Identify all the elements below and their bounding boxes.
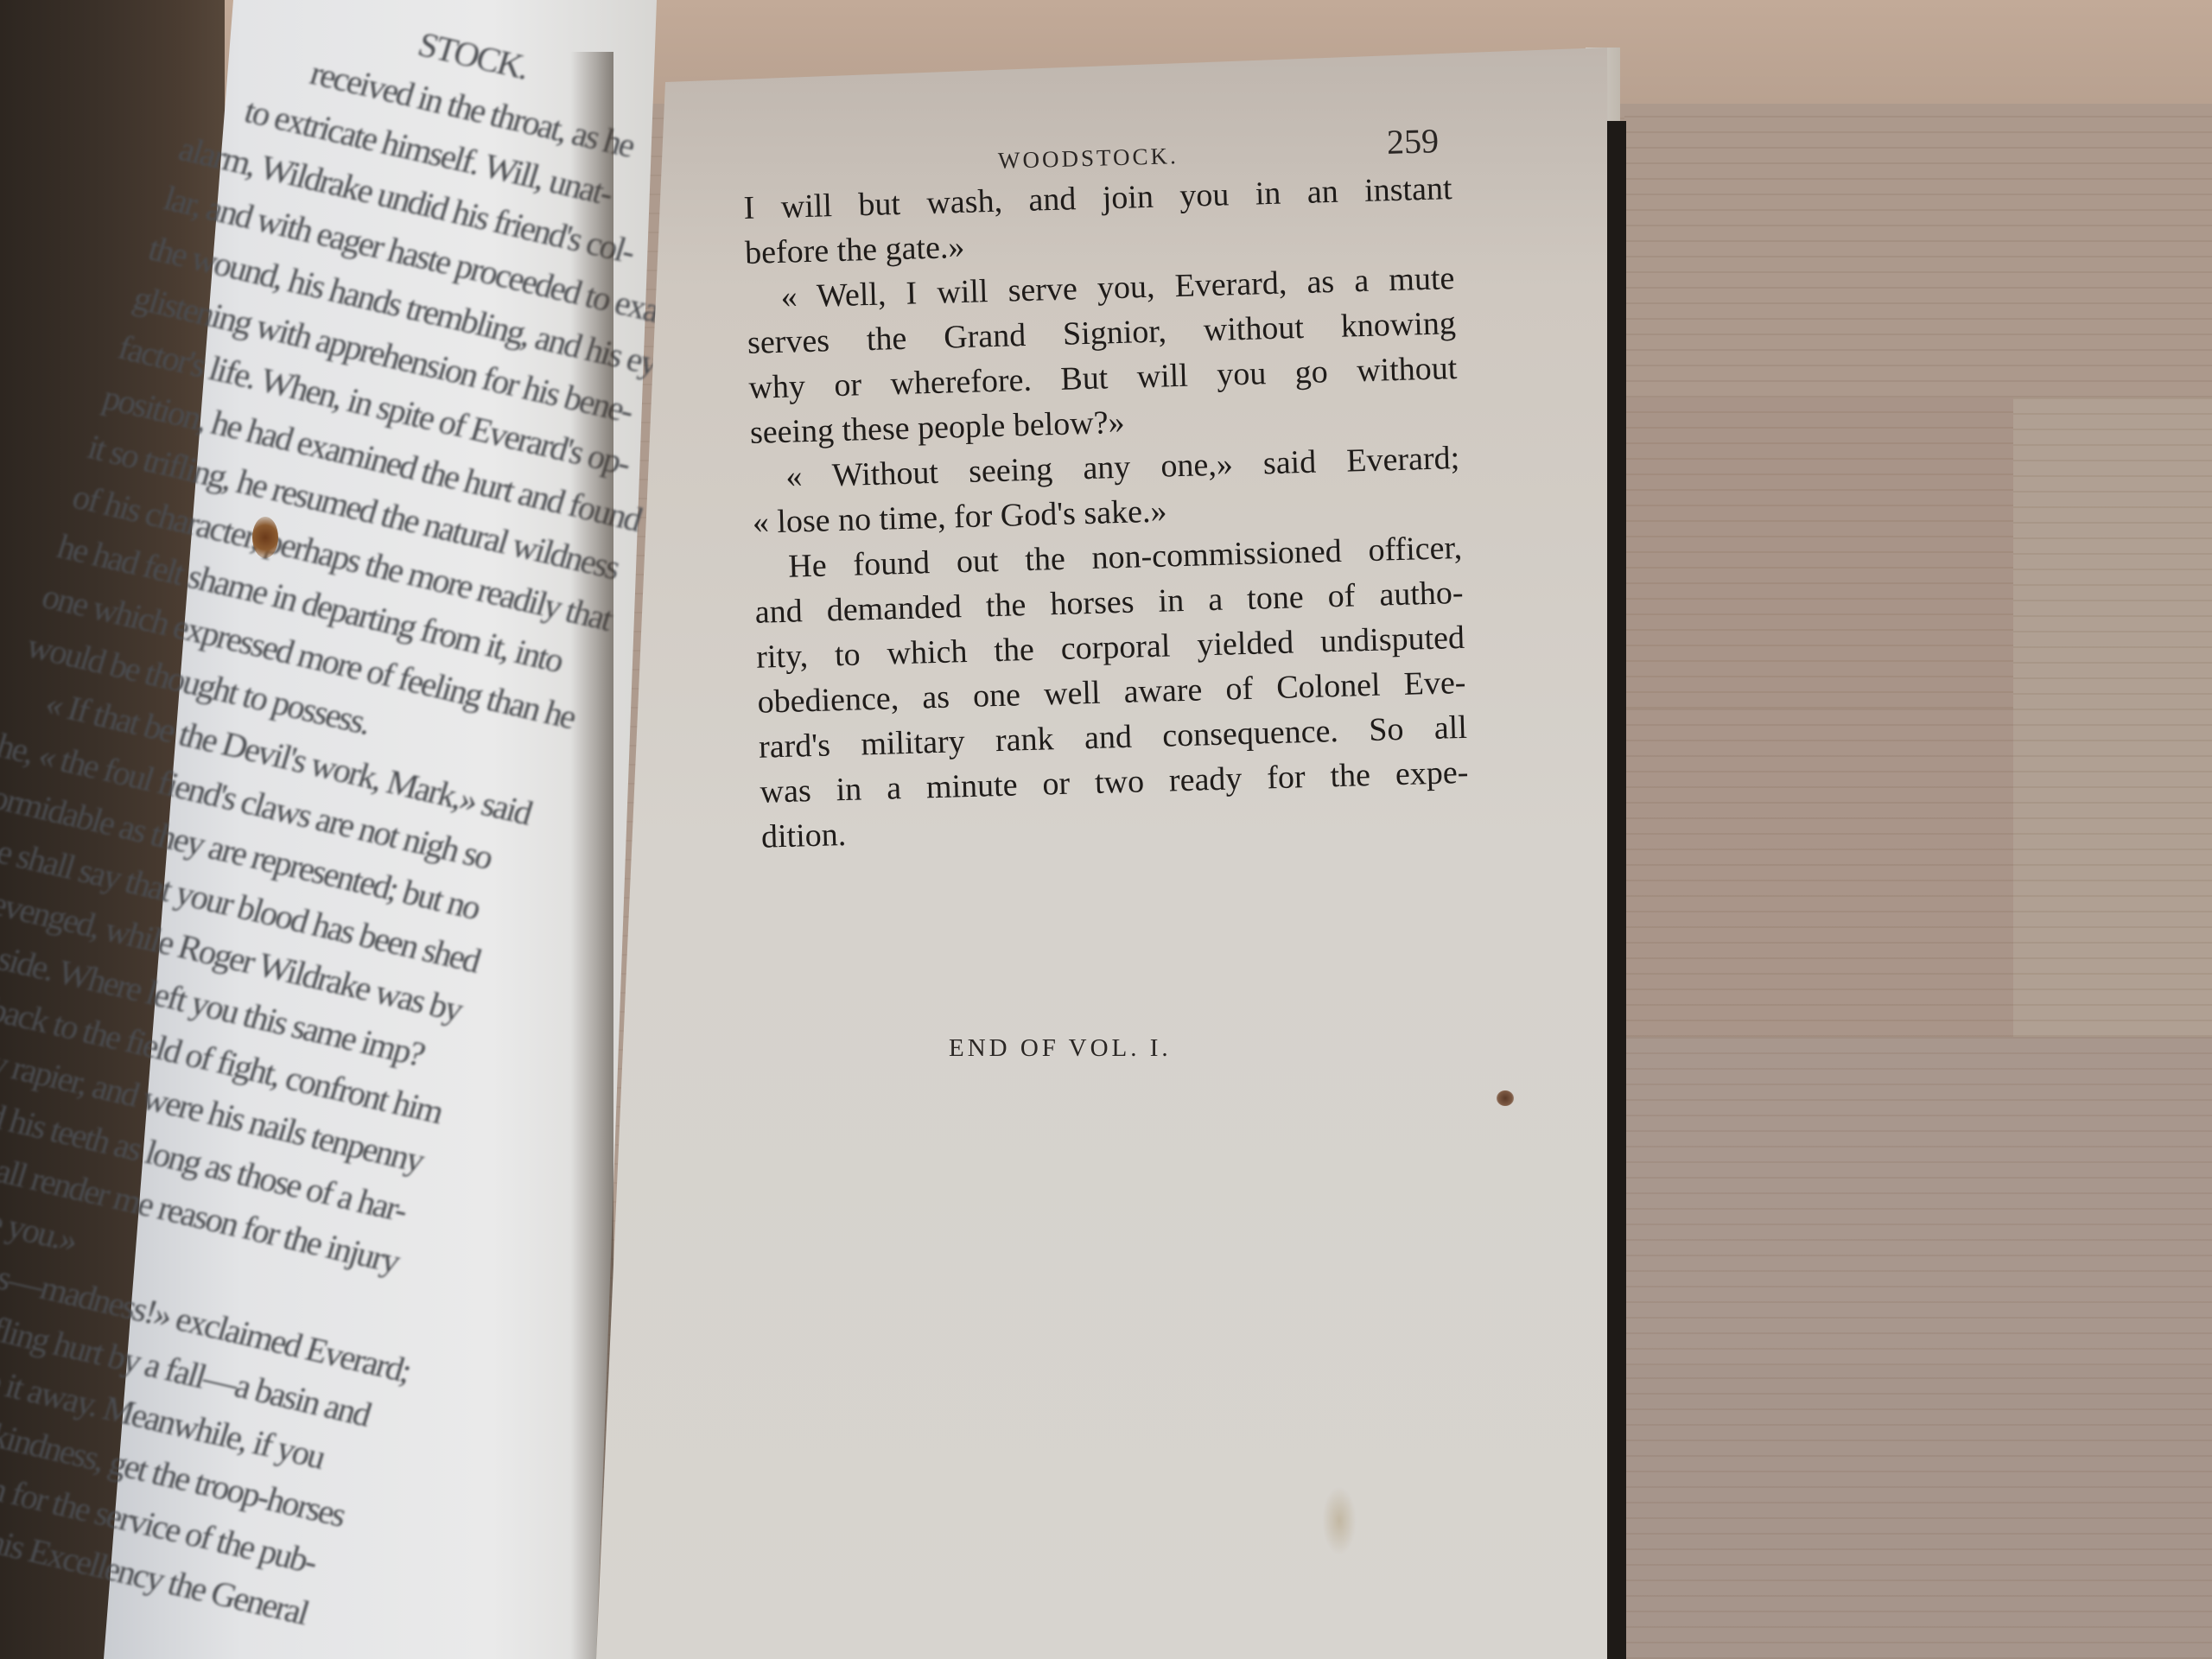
ink-stain bbox=[1497, 1090, 1514, 1106]
wood-plank bbox=[1624, 1037, 2212, 1367]
wood-plank bbox=[1624, 397, 2013, 710]
right-page-text: I will but wash, and join you in an inst… bbox=[743, 166, 1470, 860]
page-number: 259 bbox=[1386, 120, 1439, 162]
wood-plank bbox=[1624, 104, 2212, 399]
end-of-volume-mark: END OF VOL. I. bbox=[949, 1034, 1172, 1063]
wood-plank bbox=[1624, 709, 2013, 1039]
wood-plank bbox=[2013, 397, 2212, 1039]
ink-stain bbox=[252, 517, 278, 558]
book-cover-right-edge bbox=[1607, 121, 1626, 1659]
foxing-stain bbox=[1322, 1486, 1357, 1555]
wood-plank bbox=[1624, 1365, 2212, 1659]
running-head: WOODSTOCK. bbox=[998, 143, 1179, 175]
